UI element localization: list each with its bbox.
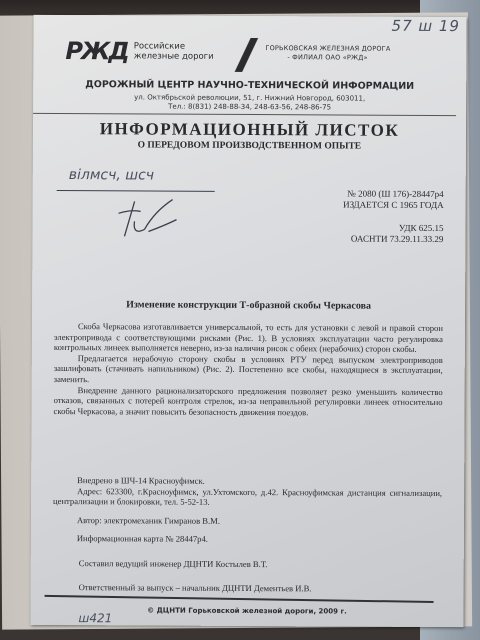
implementation-info: Внедрено в ШЧ-14 Красноуфимск. Адрес: 62…	[53, 475, 442, 546]
udk-code: УДК 625.15	[343, 222, 444, 234]
article-paragraph: Предлагается нерабочую сторону скобы в у…	[54, 353, 443, 387]
railway-name-line2: - ФИЛИАЛ ОАО «РЖД»	[265, 53, 390, 63]
rzd-logo: РЖД Российские железные дороги	[65, 39, 213, 64]
header-divider	[33, 113, 456, 116]
oasnti-code: ОАСНТИ 73.29.11.33.29	[343, 233, 444, 245]
document-title: ИНФОРМАЦИОННЫЙ ЛИСТОК	[33, 119, 466, 141]
letterhead-slash-decoration	[233, 38, 259, 72]
document-subtitle: О ПЕРЕДОВОМ ПРОИЗВОДСТВЕННОМ ОПЫТЕ	[33, 140, 466, 152]
handwritten-bottom-number: ш421	[78, 611, 112, 625]
railway-name: ГОРЬКОВСКАЯ ЖЕЛЕЗНАЯ ДОРОГА - ФИЛИАЛ ОАО…	[265, 44, 390, 63]
article-paragraph: Внедрение данного рационализаторского пр…	[53, 385, 442, 419]
author: Автор: электромеханик Гимранов В.М.	[53, 515, 442, 528]
implementation-address: Адрес: 623300, г.Красноуфимск, ул.Ухтомс…	[53, 486, 442, 509]
center-address: ул. Октябрьской революции, 51, г. Нижний…	[33, 93, 466, 113]
logo-text-line1: Российские	[134, 41, 214, 51]
rzd-logo-text: Российские железные дороги	[134, 41, 214, 61]
handwritten-note: вілмсч, шсч	[69, 167, 154, 183]
document-meta: № 2080 (Ш 176)-28447р4 ИЗДАЕТСЯ С 1965 Г…	[343, 188, 444, 245]
document-page: 57 ш 19 РЖД Российские железные дороги Г…	[30, 15, 466, 627]
railway-name-line1: ГОРЬКОВСКАЯ ЖЕЛЕЗНАЯ ДОРОГА	[265, 44, 390, 54]
issued-since: ИЗДАЕТСЯ С 1965 ГОДА	[343, 199, 444, 211]
logo-text-line2: железные дороги	[134, 51, 214, 61]
compiled-by: Составил ведущий инженер ДЦНТИ Костылев …	[79, 558, 312, 570]
responsible-for-release: Ответственный за выпуск – начальник ДЦНТ…	[79, 582, 312, 594]
article-body: Скоба Черкасова изготавливается универса…	[53, 321, 442, 418]
handwritten-archive-number: 57 ш 19	[392, 17, 461, 35]
info-card-number: Информационная карта № 28447р4.	[53, 533, 442, 546]
center-phones: Тел.: 8(831) 248-88-34, 248-63-56, 248-8…	[33, 102, 466, 113]
rzd-logo-mark: РЖД	[65, 39, 127, 63]
signature-icon	[104, 191, 184, 241]
article-paragraph: Скоба Черкасова изготавливается универса…	[54, 321, 443, 355]
issue-number: № 2080 (Ш 176)-28447р4	[343, 188, 444, 200]
article-title: Изменение конструкции Т-образной скобы Ч…	[32, 299, 465, 312]
center-name: ДОРОЖНЫЙ ЦЕНТР НАУЧНО-ТЕХНИЧЕСКОЙ ИНФОРМ…	[33, 79, 466, 92]
